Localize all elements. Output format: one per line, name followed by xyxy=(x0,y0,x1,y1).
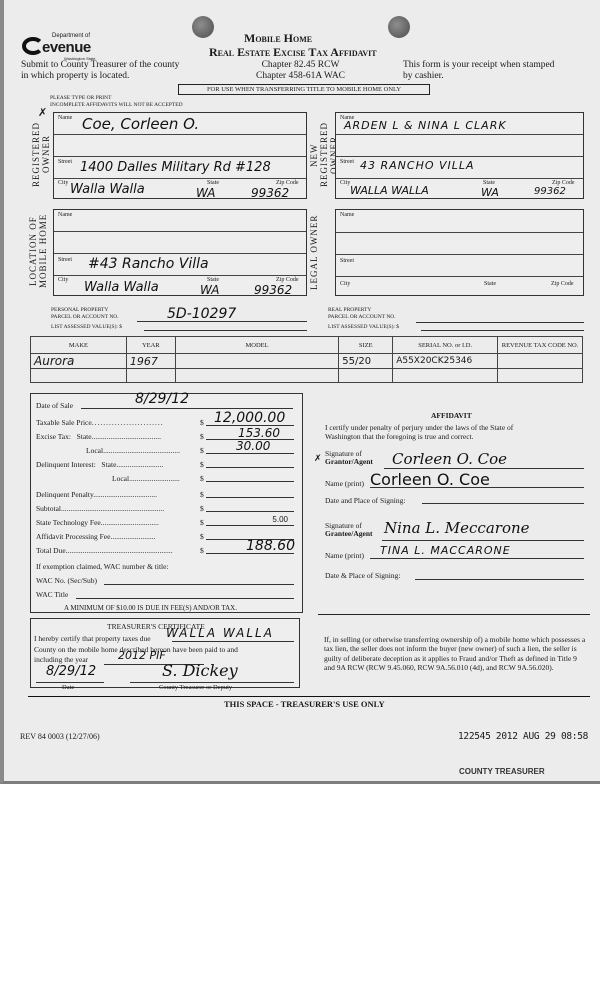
state-label: State xyxy=(484,281,496,287)
treasurer-line-1: I hereby certify that property taxes due xyxy=(34,634,151,643)
cell-make[interactable]: Aurora xyxy=(31,354,127,369)
header-revenue-code: REVENUE TAX CODE NO. xyxy=(498,337,583,354)
currency-symbol: $ xyxy=(200,490,204,499)
personal-property-label-1: PERSONAL PROPERTY xyxy=(51,307,119,314)
affidavit-divider xyxy=(318,614,590,615)
personal-parcel-field[interactable]: 5D-10297 xyxy=(137,310,307,322)
delinquent-penalty-label: Delinquent Penalty......................… xyxy=(36,490,157,499)
city-label: City xyxy=(340,180,350,186)
city-label: City xyxy=(58,180,68,186)
total-due-text: Total Due xyxy=(36,546,66,555)
subtotal-label: Subtotal................................… xyxy=(36,504,164,513)
excise-local-value: 30.00 xyxy=(236,439,270,453)
treasurer-county-value: WALLA WALLA xyxy=(166,626,274,640)
delinquent-local-label: Local........................... xyxy=(112,474,180,483)
chapter-wac: Chapter 458-61A WAC xyxy=(256,71,345,82)
zip-label: Zip Code xyxy=(551,281,574,287)
punch-hole-left xyxy=(192,16,214,38)
name-label: Name xyxy=(340,212,354,218)
street-label: Street xyxy=(340,258,354,264)
real-property-label-2: PARCEL or ACCOUNT NO. xyxy=(328,314,396,321)
header-size: SIZE xyxy=(339,337,393,354)
treasurer-date-label: Date xyxy=(62,684,74,691)
currency-symbol: $ xyxy=(200,460,204,469)
location-state[interactable]: WA xyxy=(200,283,219,297)
grantor-name-value: Corleen O. Coe xyxy=(370,470,490,489)
delinquent-penalty-text: Delinquent Penalty xyxy=(36,490,93,499)
personal-property-label-2: PARCEL or ACCOUNT NO. xyxy=(51,314,119,321)
cell-revenue-code[interactable] xyxy=(498,369,583,383)
registered-owner-state[interactable]: WA xyxy=(196,186,215,200)
subtotal-field[interactable] xyxy=(206,501,294,512)
treasurer-use-only-label: THIS SPACE - TREASURER'S USE ONLY xyxy=(224,699,385,709)
grantor-name-field[interactable]: Corleen O. Coe xyxy=(370,474,584,488)
cell-serial[interactable] xyxy=(393,369,498,383)
usage-banner: FOR USE WHEN TRANSFERRING TITLE TO MOBIL… xyxy=(178,84,430,95)
cell-size[interactable] xyxy=(339,369,393,383)
grantee-sig-label-2: Grantee/Agent xyxy=(325,530,373,538)
lien-notice: If, in selling (or otherwise transferrin… xyxy=(324,635,586,672)
cell-year[interactable]: 1967 xyxy=(126,354,175,369)
new-owner-state[interactable]: WA xyxy=(481,186,499,199)
date-of-sale-field[interactable]: 8/29/12 xyxy=(81,397,293,409)
new-owner-label: NEW REGISTERED OWNER xyxy=(309,112,333,198)
treasurer-signer-label: County Treasurer or Deputy xyxy=(159,684,232,691)
excise-state-label: Excise Tax: State.......................… xyxy=(36,432,161,441)
taxable-price-field[interactable]: 12,000.00 xyxy=(206,415,294,426)
personal-property-label: PERSONAL PROPERTY PARCEL or ACCOUNT NO. xyxy=(51,307,119,321)
currency-symbol: $ xyxy=(200,418,204,427)
registered-owner-street[interactable]: 1400 Dalles Military Rd #128 xyxy=(80,160,271,175)
registered-owner-name[interactable]: Coe, Corleen O. xyxy=(82,115,199,133)
currency-symbol: $ xyxy=(200,432,204,441)
treasurer-line-3: including the year xyxy=(34,655,88,664)
grantor-name-label: Name (print) xyxy=(325,479,364,488)
header-make: MAKE xyxy=(31,337,127,354)
total-due-label: Total Due...............................… xyxy=(36,546,173,555)
treasurer-signature-field[interactable]: S. Dickey xyxy=(130,671,294,683)
grantor-signature: Corleen O. Coe xyxy=(392,450,507,468)
tech-fee-text: State Technology Fee xyxy=(36,518,101,527)
currency-symbol: $ xyxy=(200,504,204,513)
cell-serial[interactable]: A55X20CK25346 xyxy=(393,354,498,369)
mobile-home-details-table: MAKE YEAR MODEL SIZE SERIAL NO. or I.D. … xyxy=(30,336,583,383)
header-serial: SERIAL NO. or I.D. xyxy=(393,337,498,354)
processing-fee-text: Affidavit Processing Fee xyxy=(36,532,110,541)
currency-symbol: $ xyxy=(200,532,204,541)
grantee-signature: Nina L. Meccarone xyxy=(384,519,530,537)
total-due-field[interactable]: 188.60 xyxy=(206,543,294,554)
currency-symbol: $ xyxy=(200,546,204,555)
delinquent-state-label: Delinquent Interest: State..............… xyxy=(36,460,163,469)
excise-tax-text: Excise Tax: xyxy=(36,432,71,441)
delinquent-interest-text: Delinquent Interest: xyxy=(36,460,96,469)
revenue-logo-icon: Department of evenue Washington State xyxy=(22,33,102,63)
location-label: LOCATION OF MOBILE HOME xyxy=(28,206,52,296)
cell-model[interactable] xyxy=(175,369,339,383)
wac-title-field[interactable] xyxy=(76,589,294,599)
affidavit-text-1: I certify under penalty of perjury under… xyxy=(325,423,513,432)
location-city[interactable]: Walla Walla xyxy=(84,280,159,295)
affidavit-title: AFFIDAVIT xyxy=(431,411,472,420)
taxable-price-label: Taxable Sale Price......................… xyxy=(36,418,164,427)
new-owner-street[interactable]: 43 RANCHO VILLA xyxy=(360,159,475,172)
revenue-swoosh-icon xyxy=(22,37,44,55)
stamp-label: COUNTY TREASURER xyxy=(459,767,545,776)
grantor-sig-label-2: Grantor/Agent xyxy=(325,458,373,466)
x-mark-icon: ✗ xyxy=(314,453,322,464)
delinquent-penalty-field[interactable] xyxy=(206,487,294,498)
table-row xyxy=(31,369,583,383)
excise-local-text: Local xyxy=(86,446,103,455)
grantee-signature-field[interactable]: Nina L. Meccarone xyxy=(382,527,584,541)
treasurer-date-field[interactable]: 8/29/12 xyxy=(36,671,104,683)
instruction-type-print: PLEASE TYPE OR PRINT xyxy=(50,95,183,102)
delinquent-state-field[interactable] xyxy=(206,457,294,468)
punch-hole-right xyxy=(388,16,410,38)
treasurer-date-value: 8/29/12 xyxy=(46,664,96,679)
treasurer-year-value: 2012 PIF xyxy=(118,649,166,662)
location-street[interactable]: #43 Rancho Villa xyxy=(88,256,209,272)
receipt-line-2: by cashier. xyxy=(403,71,554,82)
header-model: MODEL xyxy=(175,337,339,354)
excise-local-field[interactable]: 30.00 xyxy=(206,443,294,454)
grantor-date-place-label: Date and Place of Signing: xyxy=(325,496,405,505)
header-year: YEAR xyxy=(126,337,175,354)
real-assessed-label: LIST ASSESSED VALUE(S): $ xyxy=(328,324,399,331)
tech-fee-label: State Technology Fee....................… xyxy=(36,518,159,527)
grantor-date-place-field[interactable] xyxy=(422,494,584,504)
grantee-date-place-field[interactable] xyxy=(415,570,584,580)
street-label: Street xyxy=(58,159,72,165)
receipt-note: This form is your receipt when stamped b… xyxy=(403,60,554,82)
table-header-row: MAKE YEAR MODEL SIZE SERIAL NO. or I.D. … xyxy=(31,337,583,354)
exemption-label: If exemption claimed, WAC number & title… xyxy=(36,562,169,571)
grantee-date-place-label: Date & Place of Signing: xyxy=(325,571,400,580)
legal-owner-box: Name Street City State Zip Code xyxy=(335,209,584,296)
wac-no-field[interactable] xyxy=(104,575,294,585)
delinquent-local-text: Local xyxy=(112,474,129,483)
city-label: City xyxy=(340,281,350,287)
personal-parcel-value: 5D-10297 xyxy=(167,306,236,322)
table-row: Aurora 1967 55/20 A55X20CK25346 xyxy=(31,354,583,369)
minimum-due-note: A MINIMUM OF $10.00 IS DUE IN FEE(S) AND… xyxy=(64,604,237,612)
affidavit-text-2: Washington that the foregoing is true an… xyxy=(325,432,513,441)
chapter-refs: Chapter 82.45 RCW Chapter 458-61A WAC xyxy=(256,60,345,82)
taxable-price-value: 12,000.00 xyxy=(214,410,285,426)
title-line-1: Mobile Home xyxy=(244,31,312,46)
delinquent-state-text: State xyxy=(101,460,116,469)
date-of-sale-label: Date of Sale xyxy=(36,401,73,410)
submit-line-1: Submit to County Treasurer of the county xyxy=(21,60,179,71)
instructions: PLEASE TYPE OR PRINT INCOMPLETE AFFIDAVI… xyxy=(50,95,183,109)
affidavit-certification: I certify under penalty of perjury under… xyxy=(325,423,513,441)
wac-title-label: WAC Title xyxy=(36,590,68,599)
logo-name: evenue xyxy=(42,39,91,56)
registered-owner-box: Name Coe, Corleen O. Street 1400 Dalles … xyxy=(53,112,307,199)
instruction-incomplete: INCOMPLETE AFFIDAVITS WILL NOT BE ACCEPT… xyxy=(50,102,183,109)
name-label: Name xyxy=(58,115,72,121)
cell-model[interactable] xyxy=(175,354,339,369)
total-due-value: 188.60 xyxy=(246,538,295,554)
delinquent-local-field[interactable] xyxy=(206,471,294,482)
real-parcel-field[interactable] xyxy=(416,315,584,323)
personal-assessed-label: LIST ASSESSED VALUE(S): $ xyxy=(51,324,122,331)
excise-local-label: Local...................................… xyxy=(86,446,180,455)
new-owner-city[interactable]: WALLA WALLA xyxy=(350,184,429,197)
currency-symbol: $ xyxy=(200,446,204,455)
grantee-name-value: TINA L. MACCARONE xyxy=(380,544,511,557)
new-owner-box: Name ARDEN L & NINA L CLARK Street 43 RA… xyxy=(335,112,584,199)
cell-year[interactable] xyxy=(126,369,175,383)
registered-owner-zip[interactable]: 99362 xyxy=(251,186,289,200)
title-line-2: Real Estate Excise Tax Affidavit xyxy=(209,45,377,60)
personal-assessed-field[interactable] xyxy=(144,323,307,331)
new-owner-name[interactable]: ARDEN L & NINA L CLARK xyxy=(344,119,507,132)
cell-make[interactable] xyxy=(31,369,127,383)
date-of-sale-value: 8/29/12 xyxy=(135,391,189,407)
real-assessed-field[interactable] xyxy=(421,323,584,331)
treasurer-county-field[interactable]: WALLA WALLA xyxy=(172,630,294,642)
real-property-label-1: REAL PROPERTY xyxy=(328,307,396,314)
submit-instructions: Submit to County Treasurer of the county… xyxy=(21,60,179,82)
grantee-signature-label: Signature of Grantee/Agent xyxy=(325,522,373,538)
legal-owner-label: LEGAL OWNER xyxy=(309,209,333,295)
grantor-signature-label: Signature of Grantor/Agent xyxy=(325,450,373,466)
affidavit-page: Department of evenue Washington State Mo… xyxy=(0,0,600,784)
treasurer-use-divider xyxy=(28,696,590,697)
processing-fee-label: Affidavit Processing Fee................… xyxy=(36,532,155,541)
tech-fee-value: 5.00 xyxy=(206,515,294,526)
street-label: Street xyxy=(58,257,72,263)
chapter-rcw: Chapter 82.45 RCW xyxy=(256,60,345,71)
taxable-price-text: Taxable Sale Price xyxy=(36,418,92,427)
excise-state-text: State xyxy=(77,432,92,441)
treasurer-signature: S. Dickey xyxy=(162,661,238,680)
registered-owner-city[interactable]: Walla Walla xyxy=(70,182,145,197)
cell-revenue-code[interactable] xyxy=(498,354,583,369)
currency-symbol: $ xyxy=(200,474,204,483)
new-owner-zip[interactable]: 99362 xyxy=(534,186,566,197)
subtotal-text: Subtotal xyxy=(36,504,61,513)
cell-size[interactable]: 55/20 xyxy=(339,354,393,369)
receipt-stamp: 122545 2012 AUG 29 08:58 xyxy=(458,731,588,742)
excise-state-value: 153.60 xyxy=(238,426,280,440)
grantee-name-field[interactable]: TINA L. MACCARONE xyxy=(370,547,584,559)
location-zip[interactable]: 99362 xyxy=(254,283,292,297)
real-property-label: REAL PROPERTY PARCEL or ACCOUNT NO. xyxy=(328,307,396,321)
wac-no-label: WAC No. (Sec/Sub) xyxy=(36,576,97,585)
form-number: REV 84 0003 (12/27/06) xyxy=(20,732,100,741)
city-label: City xyxy=(58,277,68,283)
grantee-name-label: Name (print) xyxy=(325,551,364,560)
street-label: Street xyxy=(340,159,354,165)
name-label: Name xyxy=(58,212,72,218)
submit-line-2: in which property is located. xyxy=(21,71,179,82)
registered-owner-label: REGISTERED OWNER xyxy=(31,112,51,197)
currency-symbol: $ xyxy=(200,518,204,527)
receipt-line-1: This form is your receipt when stamped xyxy=(403,60,554,71)
location-box: Name Street #43 Rancho Villa City Walla … xyxy=(53,209,307,296)
grantor-signature-field[interactable]: Corleen O. Coe xyxy=(384,455,584,469)
